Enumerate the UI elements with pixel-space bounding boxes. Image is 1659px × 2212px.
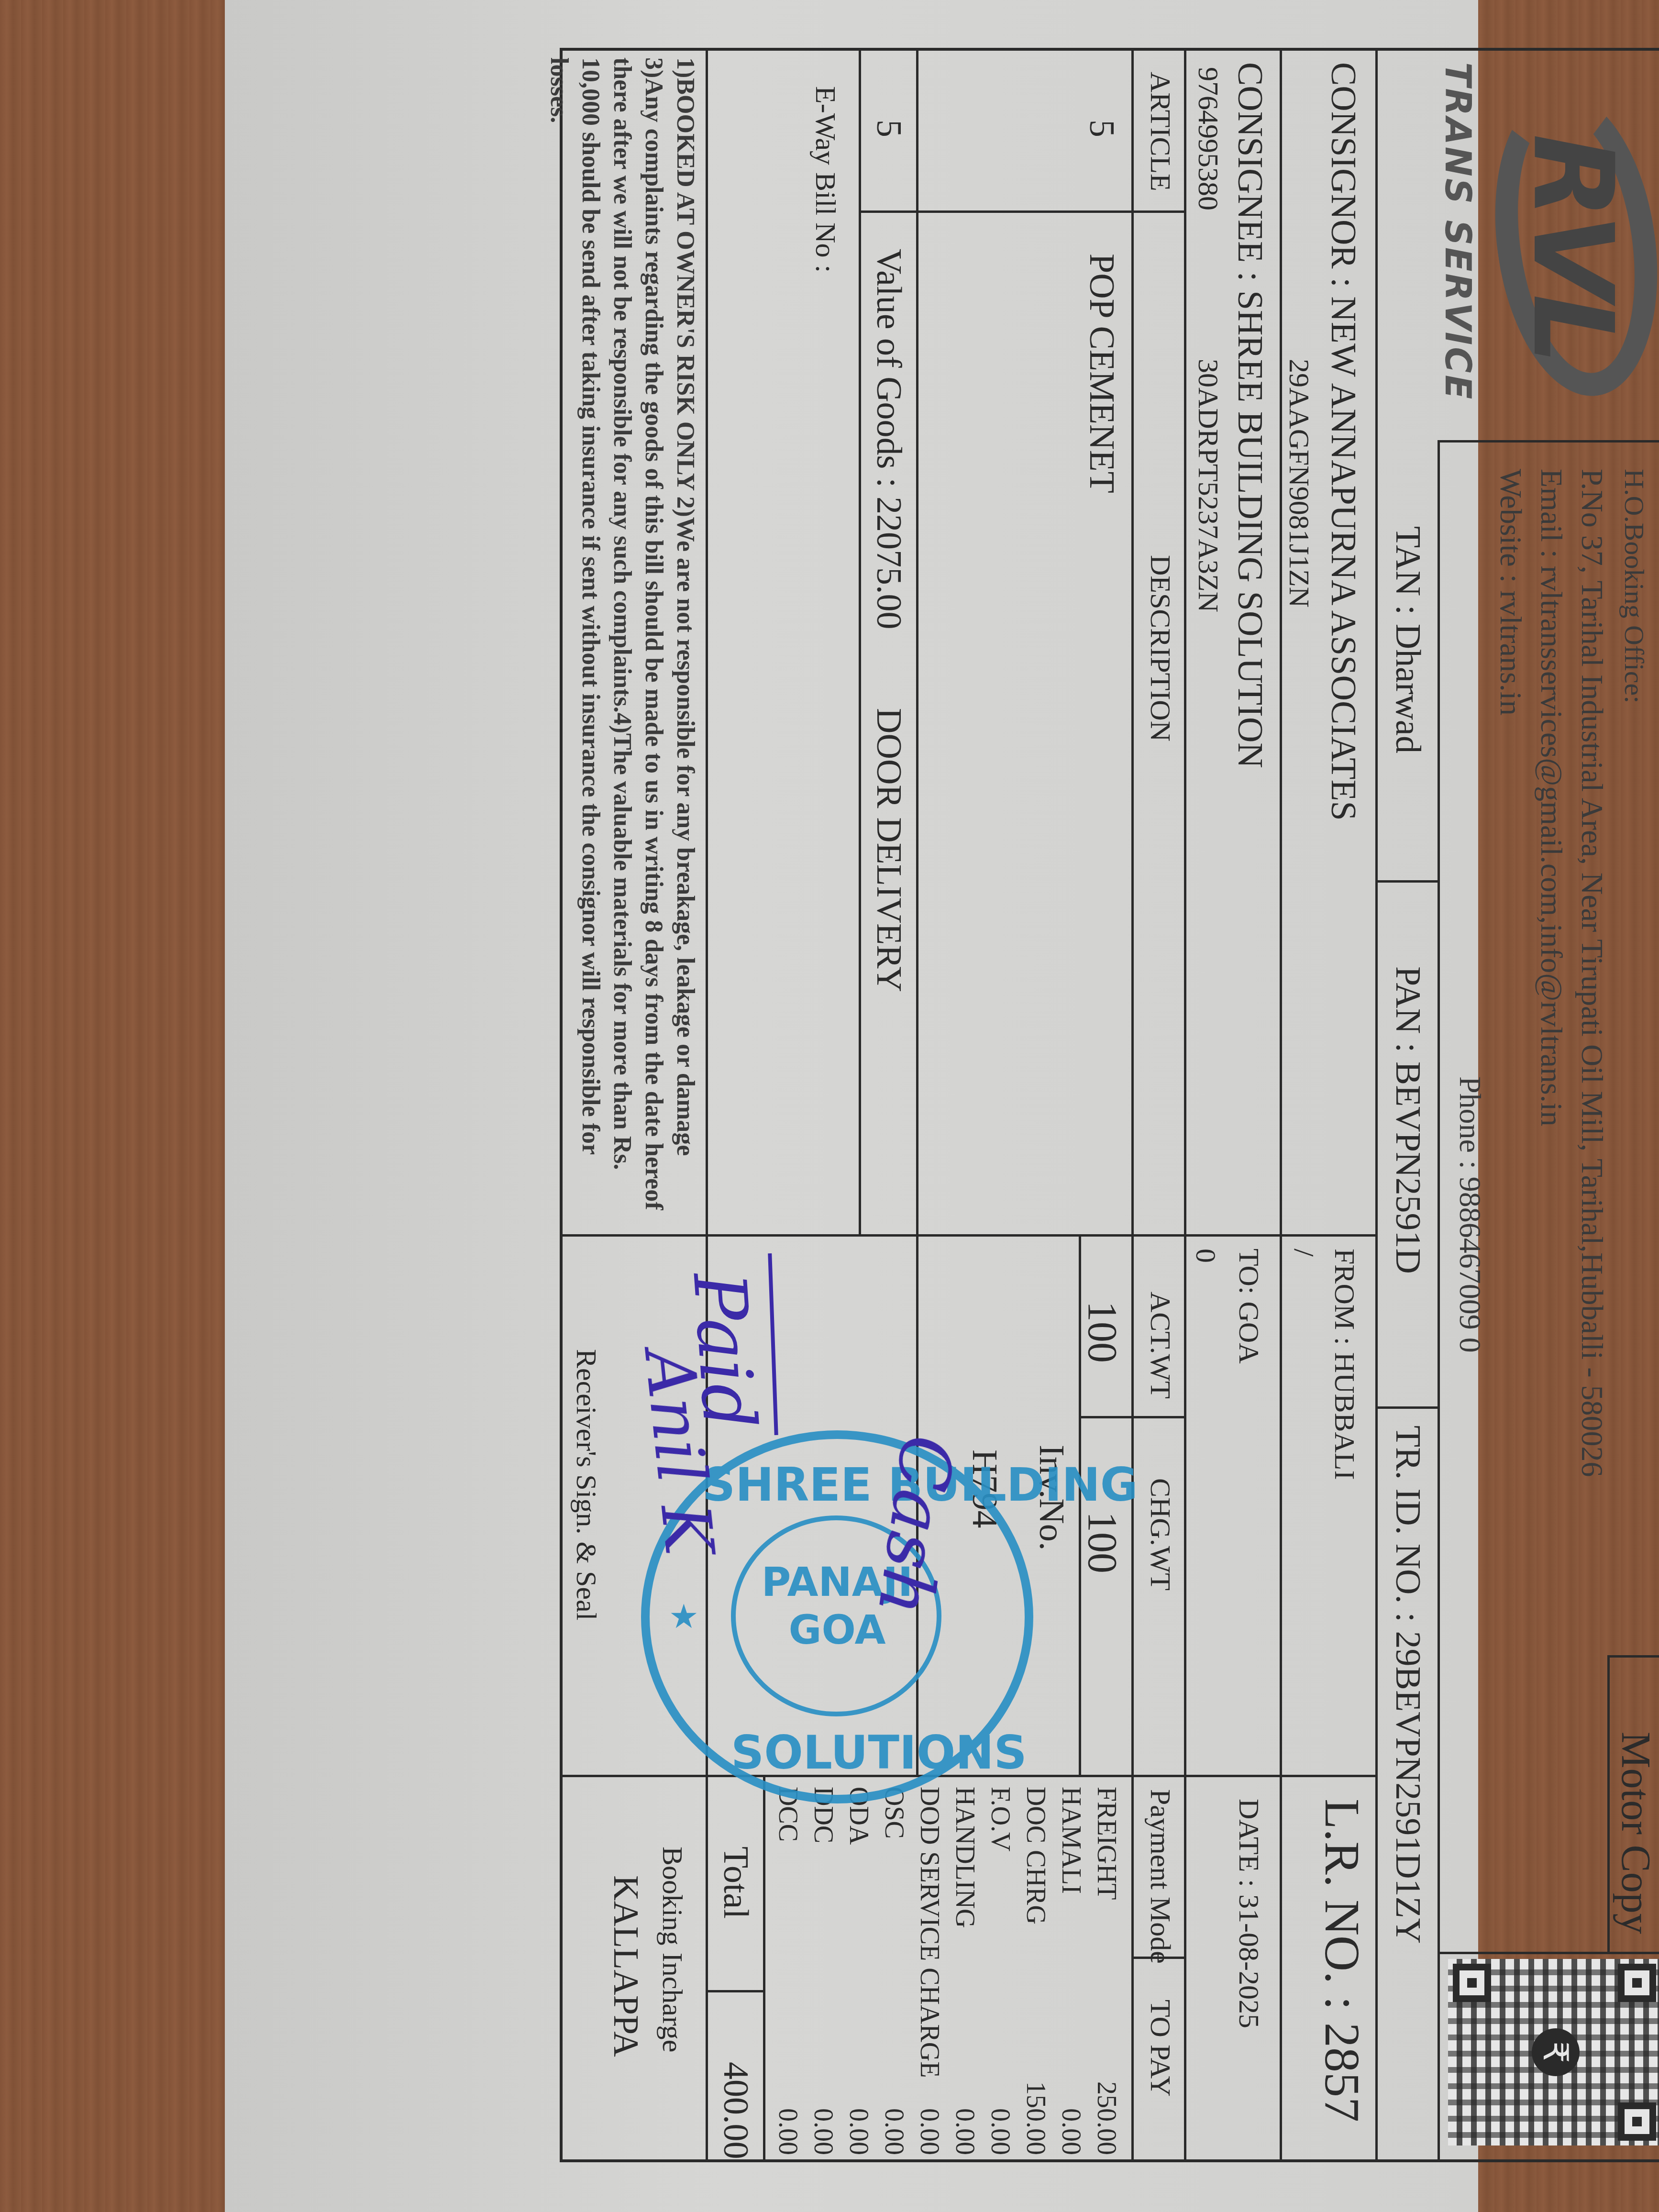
divider (560, 1234, 708, 1237)
charge-amount: 150.00 (1018, 2081, 1053, 2155)
charge-row: DOD SERVICE CHARGE0.00 (912, 1787, 947, 2160)
consignee-gst: 30ADRPT5237A3ZN (1192, 359, 1225, 612)
charge-label: F.O.V (985, 1787, 1015, 1852)
stamp-city: PANAJI (650, 1559, 1025, 1605)
charge-label: HANDLING (950, 1787, 980, 1928)
divider (708, 1990, 765, 1992)
qr-finder-icon (1618, 1964, 1656, 2002)
total-label: Total (715, 1847, 756, 1919)
qr-finder-icon (1453, 1964, 1491, 2002)
pan-number: PAN : BEVPN2591D (1387, 966, 1428, 1274)
divider (918, 210, 1186, 213)
divider (1081, 1416, 1186, 1418)
company-email: Email : rvltransservices@gmail.com,info@… (1534, 469, 1569, 1126)
to-extra: 0 (1189, 1249, 1222, 1263)
to-location: TO: GOA (1232, 1249, 1265, 1364)
header-chg-wt: CHG.WT (1144, 1478, 1177, 1591)
charge-amount: 0.00 (1053, 2108, 1089, 2155)
charge-amount: 0.00 (912, 2108, 947, 2155)
divider (1607, 1655, 1610, 1952)
charge-row: F.O.V0.00 (983, 1787, 1018, 2160)
company-address: P.No 37, Tarihal Industrial Area, Near T… (1574, 469, 1610, 1477)
terms-line: 10,000 should be send after taking insur… (575, 57, 606, 1225)
qr-finder-icon (1618, 2102, 1656, 2141)
divider (1186, 1234, 1378, 1237)
payment-mode-value: TO PAY (1144, 2000, 1177, 2097)
charge-row: ODA0.00 (841, 1787, 876, 2160)
actual-weight: 100 (1079, 1301, 1127, 1363)
stamp-bottom-text: SOLUTIONS (731, 1726, 1027, 1780)
charge-row: FREIGHT250.00 (1089, 1787, 1124, 2160)
divider (1134, 1957, 1186, 1959)
office-label: H.O.Booking Office: (1618, 469, 1650, 703)
divider (1186, 1775, 1378, 1777)
terms-line: 3)Any complaints regarding the goods of … (638, 57, 669, 1225)
charge-label: HAMALI (1056, 1787, 1086, 1894)
charge-row: DCC0.00 (770, 1787, 806, 2160)
consignee-phone: 9764995380 (1192, 67, 1225, 210)
payment-mode-label: Payment Mode (1144, 1789, 1177, 1964)
total-amount: 400.00 (715, 2062, 756, 2159)
rupee-icon: ₹ (1532, 2028, 1580, 2076)
consignor-name: CONSIGNOR : NEW ANNAPURNA ASSOCIATES (1323, 62, 1363, 821)
charge-row: DOC CHRG150.00 (1018, 1787, 1053, 2160)
divider (1378, 880, 1440, 883)
logo-subtitle: TRANS SERVICE (1437, 62, 1478, 401)
header-description: DESCRIPTION (1144, 555, 1177, 741)
charge-row: OSC0.00 (876, 1787, 912, 2160)
copy-label: Motor Copy (1612, 1732, 1659, 1934)
divider (708, 1234, 1186, 1237)
charge-amount: 0.00 (806, 2108, 841, 2155)
payment-qr-code[interactable]: ₹ (1448, 1959, 1659, 2146)
goods-description: POP CEMENET (1081, 254, 1122, 493)
charged-weight: 100 (1079, 1512, 1127, 1573)
header-article: ARTICLE (1144, 72, 1177, 191)
charge-label: DOC CHRG (1021, 1787, 1051, 1924)
charge-label: DOD SERVICE CHARGE (915, 1787, 944, 2078)
charge-amount: 0.00 (841, 2108, 876, 2155)
charge-amount: 0.00 (770, 2108, 806, 2155)
divider (1378, 1406, 1440, 1409)
charge-amount: 0.00 (876, 2108, 912, 2155)
divider (763, 1775, 765, 2162)
from-extra: / (1287, 1249, 1320, 1257)
divider (706, 48, 708, 1234)
delivery-type: DOOR DELIVERY (868, 708, 909, 992)
company-phone: Phone : 9886467009 0 (1452, 1076, 1488, 1353)
charge-row: DDC0.00 (806, 1787, 841, 2160)
charge-row: HAMALI0.00 (1053, 1787, 1089, 2160)
divider (861, 210, 918, 213)
from-location: FROM : HUBBALI (1328, 1249, 1361, 1480)
booking-incharge-name: KALLAPPA (605, 1875, 646, 2057)
charge-amount: 0.00 (947, 2108, 983, 2155)
receipt-paper: RVL TRANS SERVICE H.O.Booking Office: P.… (225, 0, 1478, 2212)
divider (1375, 48, 1378, 2162)
charge-amount: 250.00 (1089, 2081, 1124, 2155)
divider (1131, 48, 1134, 2162)
lr-number: L.R. NO. : 2857 (1314, 1799, 1371, 2122)
divider (1280, 48, 1282, 2162)
lorry-receipt: RVL TRANS SERVICE H.O.Booking Office: P.… (560, 48, 1659, 2162)
receiver-sign-label: Receiver's Sign. & Seal (570, 1349, 603, 1620)
terms-line: 1)BOOKED AT OWNER'S RISK ONLY 2)We are n… (669, 57, 701, 1225)
consignee-name: CONSIGNEE : SHREE BUILDING SOLUTION (1229, 62, 1270, 768)
company-logo: RVL TRANS SERVICE (1440, 48, 1659, 440)
lr-date: DATE : 31-08-2025 (1232, 1799, 1265, 2028)
charge-row: HANDLING0.00 (947, 1787, 983, 2160)
consignor-gst: 29AAGFN9081J1ZN (1283, 359, 1316, 608)
terms-line: losses. (543, 57, 575, 1225)
charges-list: FREIGHT250.00HAMALI0.00DOC CHRG150.00F.O… (770, 1787, 1124, 2160)
logo-text: RVL (1508, 134, 1636, 360)
article-count: 5 (1081, 120, 1122, 137)
divider (1438, 440, 1440, 2162)
divider (1610, 1655, 1659, 1658)
charge-amount: 0.00 (983, 2108, 1018, 2155)
charge-label: FREIGHT (1092, 1787, 1121, 1900)
divider (1440, 1952, 1659, 1954)
value-of-goods: Value of Goods : 22075.00 (868, 249, 909, 629)
divider (859, 48, 861, 1234)
company-website: Website : rvltrans.in (1493, 469, 1528, 716)
terms-and-conditions: 1)BOOKED AT OWNER'S RISK ONLY 2)We are n… (543, 57, 701, 1225)
divider (1440, 440, 1659, 442)
terms-line: there after we will not be responsible f… (606, 57, 638, 1225)
divider (1184, 48, 1186, 2162)
eway-bill-label: E-Way Bill No : (809, 86, 842, 273)
tr-id-number: TR. ID. NO. : 29BEVPN2591D1ZY (1387, 1426, 1428, 1944)
stamp-state: GOA (650, 1606, 1025, 1653)
tan-number: TAN : Dharwad (1387, 526, 1428, 753)
total-articles: 5 (868, 120, 909, 137)
booking-incharge-label: Booking Incharge (656, 1847, 689, 2052)
header-act-wt: ACT.WT (1144, 1292, 1177, 1399)
